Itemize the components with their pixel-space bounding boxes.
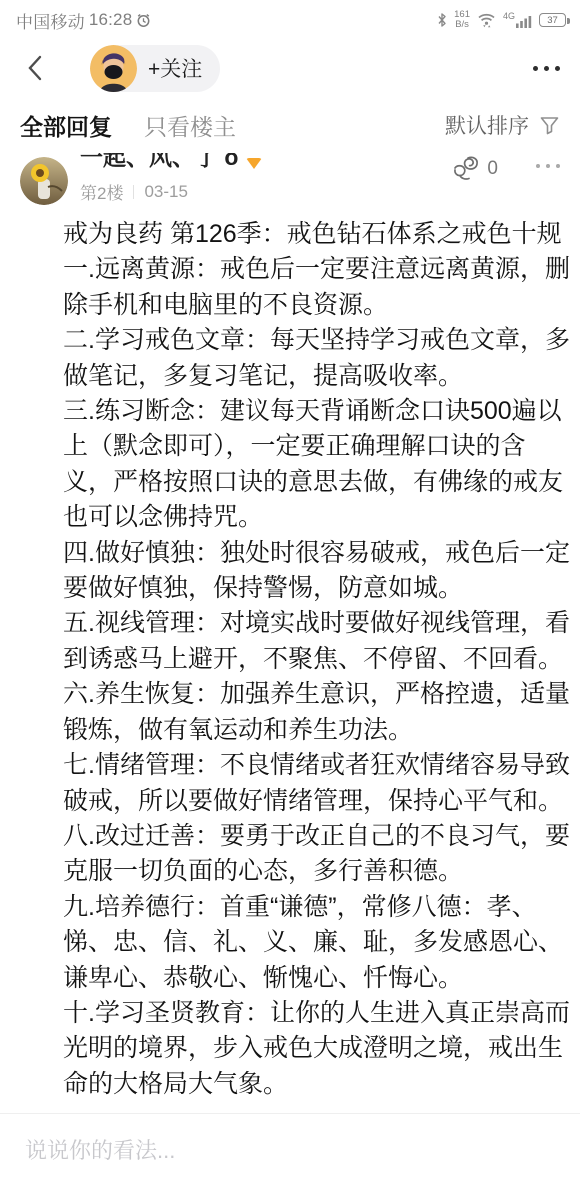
more-options-icon[interactable] — [533, 66, 560, 71]
post-paragraph: 九.培养德行：首重“谦德”，常修八德：孝、悌、忠、信、礼、义、廉、耻，多发感恩心… — [63, 890, 575, 996]
carrier-label: 中国移动 — [16, 8, 85, 33]
post-paragraph: 四.做好慎独：独处时很容易破戒，戒色后一定要做好慎独，保持警惕，防意如城。 — [63, 536, 575, 607]
comment-input[interactable]: 说说你的看法... — [25, 1134, 555, 1165]
post-paragraph: 一.远离黄源：戒色后一定要注意远离黄源，删除手机和电脑里的不良资源。 — [63, 252, 575, 323]
reply-author-name-row[interactable]: 一起、风、了 o — [80, 153, 451, 171]
post-paragraph: 二.学习戒色文章：每天坚持学习戒色文章，多做笔记，多复习笔记，提高吸收率。 — [63, 323, 575, 394]
tab-op-only[interactable]: 只看楼主 — [144, 109, 236, 142]
reaction-button[interactable]: 0 — [451, 155, 498, 182]
follow-button[interactable]: +关注 — [90, 45, 220, 92]
battery-percent: 37 — [547, 15, 558, 26]
back-button[interactable] — [20, 53, 50, 83]
post-more-icon[interactable] — [536, 164, 560, 168]
network-type-label: 4G — [503, 12, 515, 21]
reply-author-name: 一起、风、了 o — [80, 153, 238, 171]
bluetooth-icon — [437, 12, 447, 28]
post-header: 一起、风、了 o 第2楼 03-15 0 — [0, 151, 580, 205]
floor-label: 第2楼 — [80, 179, 123, 204]
post-date: 03-15 — [144, 182, 187, 202]
post-paragraph: 五.视线管理：对境实战时要做好视线管理，看到诱惑马上避开，不聚焦、不停留、不回看… — [63, 606, 575, 677]
battery-icon: 37 — [539, 13, 566, 27]
meta-divider — [133, 185, 134, 199]
network-speed-unit: B/s — [455, 20, 469, 30]
clock-label: 16:28 — [89, 10, 133, 30]
reaction-count: 0 — [487, 158, 498, 180]
post-meta: 第2楼 03-15 — [80, 179, 451, 204]
nav-bar: +关注 — [0, 36, 580, 100]
filter-bar: 全部回复 只看楼主 默认排序 — [0, 100, 580, 150]
reply-author-avatar[interactable] — [20, 157, 68, 205]
post-paragraph: 七.情绪管理：不良情绪或者狂欢情绪容易导致破戒，所以要做好情绪管理，保持心平气和… — [63, 748, 575, 819]
tab-all-replies[interactable]: 全部回复 — [20, 109, 112, 142]
alarm-icon — [136, 13, 151, 28]
network-speed-indicator: 161 B/s — [454, 10, 470, 30]
post-paragraph: 三.练习断念：建议每天背诵断念口诀500遍以上（默念即可），一定要正确理解口诀的… — [63, 394, 575, 536]
post-paragraph: 十.学习圣贤教育：让你的人生进入真正崇高而光明的境界，步入戒色大成澄明之境，戒出… — [63, 996, 575, 1102]
post-body: 戒为良药 第126季：戒色钻石体系之戒色十规一.远离黄源：戒色后一定要注意远离黄… — [63, 217, 575, 1102]
follow-button-label: +关注 — [148, 53, 202, 83]
app-screen: 中国移动 16:28 161 B/s 4G 37 — [0, 0, 580, 1184]
sort-order-button[interactable]: 默认排序 — [445, 110, 529, 140]
thread-author-avatar[interactable] — [90, 45, 137, 92]
comment-bar: 说说你的看法... — [0, 1113, 580, 1184]
reply-post: 一起、风、了 o 第2楼 03-15 0 — [0, 151, 580, 1102]
level-badge-icon — [246, 158, 262, 169]
post-paragraph: 六.养生恢复：加强养生意识，严格控遗，适量锻炼，做有氧运动和养生功法。 — [63, 677, 575, 748]
wifi-icon — [477, 12, 496, 28]
flower-like-icon — [451, 155, 481, 182]
filter-funnel-icon[interactable] — [539, 115, 560, 136]
post-paragraph: 八.改过迁善：要勇于改正自己的不良习气，要克服一切负面的心态，多行善积德。 — [63, 819, 575, 890]
cell-signal-icon: 4G — [503, 12, 532, 28]
status-bar: 中国移动 16:28 161 B/s 4G 37 — [0, 0, 580, 36]
post-paragraph: 戒为良药 第126季：戒色钻石体系之戒色十规 — [63, 217, 575, 252]
